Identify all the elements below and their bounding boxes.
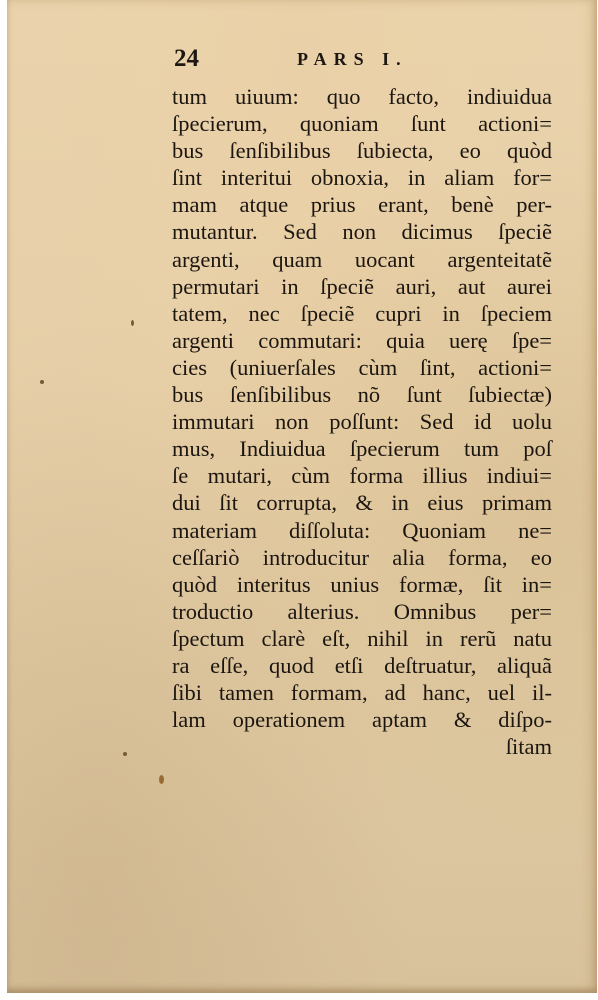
text-line: argenti commutari: quia uerę ſpe= [172,327,552,354]
text-line: bus ſenſibilibus ſubiecta, eo quòd [172,137,552,164]
catchword-line: ſitam [172,733,552,760]
ink-speck [131,320,134,326]
text-line: argenti, quam uocant argenteitatẽ [172,246,552,273]
text-line: dui ſit corrupta, & in eius primam [172,489,552,516]
text-line: permutari in ſpeciẽ auri, aut aurei [172,273,552,300]
text-line: ſpecierum, quoniam ſunt actioni= [172,110,552,137]
ink-speck [40,380,44,384]
text-line: immutari non poſſunt: Sed id uolu [172,408,552,435]
text-line: ſibi tamen formam, ad hanc, uel il- [172,679,552,706]
text-line: bus ſenſibilibus nõ ſunt ſubiectæ) [172,381,552,408]
text-line: lam operationem aptam & diſpo- [172,706,552,733]
running-head: 24 PARS I. [174,45,554,75]
text-line: tatem, nec ſpeciẽ cupri in ſpeciem [172,300,552,327]
text-line: mutantur. Sed non dicimus ſpeciẽ [172,218,552,245]
text-line: ceſſariò introducitur alia forma, eo [172,544,552,571]
ink-speck [123,752,127,756]
text-line: ra eſſe, quod etſi deſtruatur, aliquã [172,652,552,679]
text-line: ſpectum clarè eſt, nihil in rerũ natu [172,625,552,652]
text-line: ſe mutari, cùm forma illius indiui= [172,462,552,489]
text-line: mam atque prius erant, benè per- [172,191,552,218]
text-line: ſint interitui obnoxia, in aliam for= [172,164,552,191]
ink-speck [159,775,164,784]
text-line: mus, Indiuidua ſpecierum tum poſ [172,435,552,462]
text-line: materiam diſſoluta: Quoniam ne= [172,517,552,544]
text-line: tum uiuum: quo facto, indiuidua [172,83,552,110]
text-line: quòd interitus unius formæ, ſit in= [172,571,552,598]
text-line: cies (uniuerſales cùm ſint, actioni= [172,354,552,381]
book-page: 24 PARS I. tum uiuum: quo facto, indiuid… [7,0,597,993]
body-text: tum uiuum: quo facto, indiuidua ſpecieru… [172,83,552,760]
text-line: troductio alterius. Omnibus per= [172,598,552,625]
running-head-title: PARS I. [297,49,408,70]
page-number: 24 [174,45,199,73]
